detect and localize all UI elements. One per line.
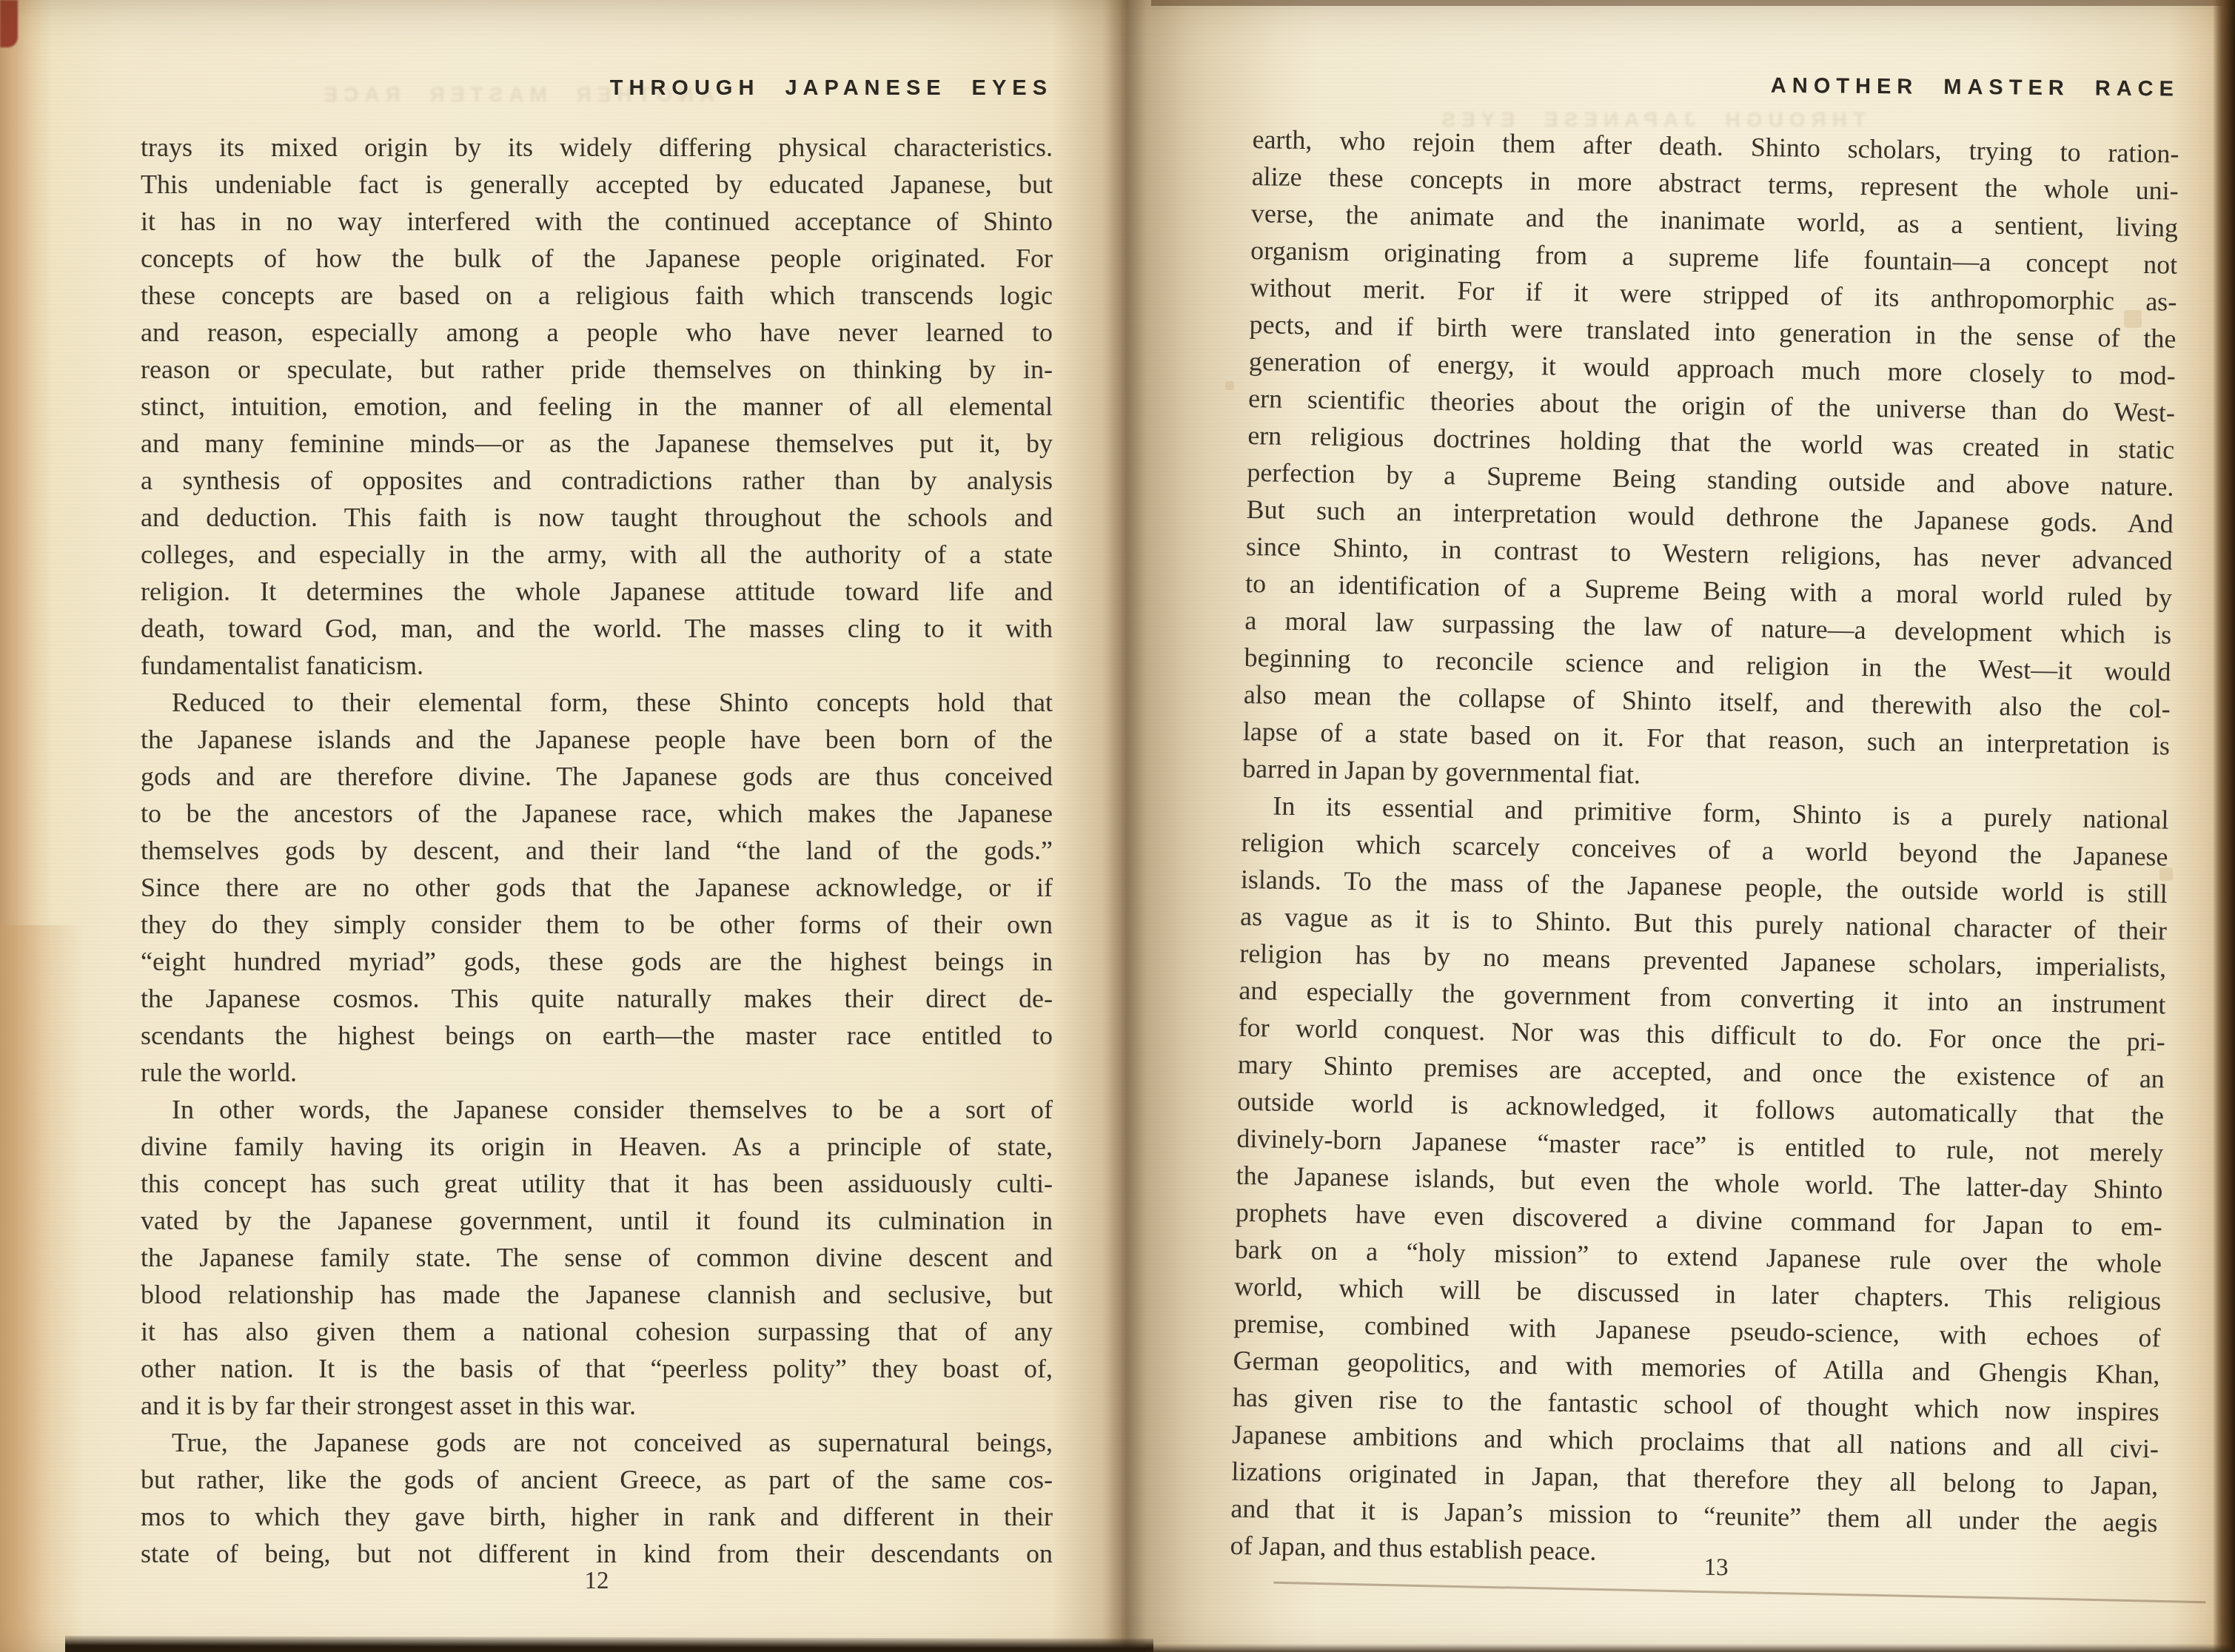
- page-text-right: earth, who rejoin them after death. Shin…: [1230, 121, 2179, 1578]
- text-line: and it is by far their strongest asset i…: [141, 1387, 1053, 1424]
- cover-corner-red: [0, 0, 18, 47]
- text-line: themselves gods by descent, and their la…: [141, 832, 1053, 869]
- book-spread-scan: ANOTHER MASTER RACE THROUGH JAPANESE EYE…: [0, 0, 2235, 1652]
- text-line: fundamentalist fanaticism.: [141, 647, 1053, 684]
- text-line: True, the Japanese gods are not conceive…: [141, 1424, 1053, 1461]
- bottom-edge-shadow-right: [1146, 1644, 2235, 1652]
- text-line: concepts of how the bulk of the Japanese…: [141, 240, 1053, 277]
- text-line: gods and are therefore divine. The Japan…: [141, 758, 1053, 795]
- text-line: to be the ancestors of the Japanese race…: [141, 795, 1053, 832]
- text-line: and deduction. This faith is now taught …: [141, 499, 1053, 536]
- text-line: trays its mixed origin by its widely dif…: [141, 129, 1053, 166]
- text-line: vated by the Japanese government, until …: [141, 1202, 1053, 1239]
- text-line: mos to which they gave birth, higher in …: [141, 1498, 1053, 1535]
- text-line: Since there are no other gods that the J…: [141, 869, 1053, 906]
- text-line: This undeniable fact is generally accept…: [141, 166, 1053, 203]
- text-line: the Japanese islands and the Japanese pe…: [141, 721, 1053, 758]
- text-line: it has in no way interfered with the con…: [141, 203, 1053, 240]
- paragraph: In its essential and primitive form, Shi…: [1230, 787, 2168, 1579]
- text-line: it has also given them a national cohesi…: [141, 1313, 1053, 1350]
- top-edge-shadow: [1151, 0, 2235, 6]
- text-line: “eight hundred myriad” gods, these gods …: [141, 943, 1053, 980]
- bottom-edge-shadow-left: [65, 1636, 1153, 1652]
- paragraph: earth, who rejoin them after death. Shin…: [1242, 121, 2179, 802]
- text-line: Reduced to their elemental form, these S…: [141, 684, 1053, 721]
- text-line: In other words, the Japanese consider th…: [141, 1091, 1053, 1128]
- paragraph: True, the Japanese gods are not conceive…: [141, 1424, 1053, 1572]
- text-line: and many feminine minds—or as the Japane…: [141, 425, 1053, 462]
- text-line: colleges, and especially in the army, wi…: [141, 536, 1053, 573]
- text-line: but rather, like the gods of ancient Gre…: [141, 1461, 1053, 1498]
- text-line: this concept has such great utility that…: [141, 1165, 1053, 1202]
- foxing-spots: [0, 0, 1, 1]
- text-line: the Japanese family state. The sense of …: [141, 1239, 1053, 1276]
- text-line: and reason, especially among a people wh…: [141, 314, 1053, 351]
- page-number-left: 12: [141, 1568, 1053, 1595]
- text-line: blood relationship has made the Japanese…: [141, 1276, 1053, 1313]
- text-line: other nation. It is the basis of that “p…: [141, 1350, 1053, 1387]
- text-line: they do they simply consider them to be …: [141, 906, 1053, 943]
- text-line: a synthesis of opposites and contradicti…: [141, 462, 1053, 499]
- text-line: religion. It determines the whole Japane…: [141, 573, 1053, 610]
- text-line: death, toward God, man, and the world. T…: [141, 610, 1053, 647]
- text-line: these concepts are based on a religious …: [141, 277, 1053, 314]
- text-line: the Japanese cosmos. This quite naturall…: [141, 980, 1053, 1017]
- paragraph: In other words, the Japanese consider th…: [141, 1091, 1053, 1424]
- text-line: stinct, intuition, emotion, and feeling …: [141, 388, 1053, 425]
- deckle-edge-left-lower: [0, 925, 83, 1652]
- paragraph: Reduced to their elemental form, these S…: [141, 684, 1053, 1091]
- text-line: scendants the highest beings on earth—th…: [141, 1017, 1053, 1054]
- text-line: state of being, but not different in kin…: [141, 1535, 1053, 1572]
- running-head-left: THROUGH JAPANESE EYES: [141, 76, 1053, 101]
- book-edge-right: [2214, 0, 2235, 1652]
- text-line: rule the world.: [141, 1054, 1053, 1091]
- paragraph: trays its mixed origin by its widely dif…: [141, 129, 1053, 684]
- page-text-left: trays its mixed origin by its widely dif…: [141, 129, 1053, 1572]
- text-line: divine family having its origin in Heave…: [141, 1128, 1053, 1165]
- text-line: reason or speculate, but rather pride th…: [141, 351, 1053, 388]
